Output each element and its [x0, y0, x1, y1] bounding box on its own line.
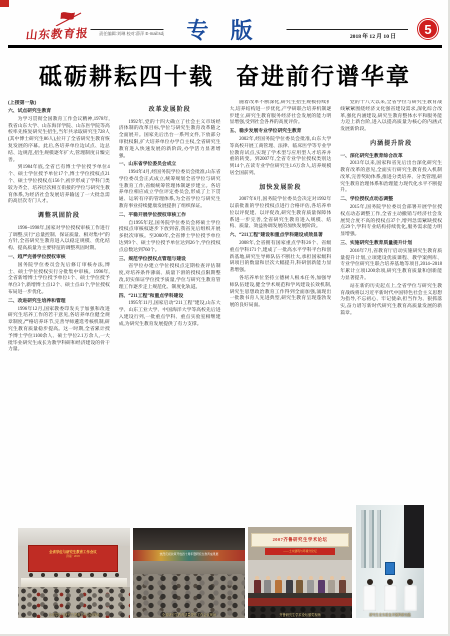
person-figure	[318, 576, 325, 595]
continuation-note: (上接第一版)	[8, 100, 110, 107]
paragraph: 1994年4月,经国务院学位委员会批准,山东省学位委员会正式成立,统筹规划全省学…	[119, 170, 221, 211]
sub-heading: 一、山东省学位委员会成立	[119, 162, 221, 169]
person-figure	[328, 576, 335, 595]
photo1-rostrum-people	[25, 570, 124, 577]
photo3-caption: 齐鲁研究生学术论坛颁奖现场	[249, 612, 351, 617]
sub-heading: 三、实施研究生教育质量提升计划	[340, 241, 442, 248]
photo3-banner-title: 2007齐鲁研究生学术论坛	[252, 534, 348, 545]
paragraph: 随着改革不断深化,研究生招生规模持续扩大,培养结构进一步优化,产学研联合培养机制…	[230, 100, 332, 127]
photo-conference-meeting: 全省学位与研究生教育工作会议 济南 · 2018 全省学位与研究生教育工作会议现…	[18, 528, 130, 618]
paragraph: 为学习贯彻全国教育工作会议精神,1978年,我省山东大学、山东海洋学院、山东医学…	[8, 117, 110, 165]
photo3-banner: 2007齐鲁研究生学术论坛	[251, 533, 349, 547]
person-figure	[286, 576, 293, 595]
scan-corner-mark	[0, 0, 9, 7]
paragraph: 站在新的历史起点上,全省学位与研究生教育战线将以习近平新时代中国特色社会主义思想…	[340, 284, 442, 318]
photo1-banner-line2: 济南 · 2018	[29, 554, 117, 558]
masthead-rule-thick	[8, 45, 442, 48]
headline-part1: 砥砺耕耘四十载	[39, 63, 214, 89]
newspaper-page: 山东教育报 责任编辑:刘琳 校对:薛萍 E-mail:sdjybzkb@126.…	[0, 0, 450, 636]
person-figure	[275, 576, 282, 595]
text-column-4: 党的十八大以来,全省学位与研究生教育战线紧紧围绕经济文化强省建设需求,深化综合改…	[340, 100, 442, 524]
photo3-banner-sub: ——土木建筑与环境分论坛	[265, 548, 336, 555]
paragraph: 1992年,党的十四大确立了社会主义市场经济体制的改革目标,学位与研究生教育改革…	[119, 120, 221, 161]
photo4-researchers	[356, 559, 424, 611]
researcher-figure	[404, 579, 417, 611]
photo1-caption: 全省学位与研究生教育工作会议现场	[19, 612, 129, 617]
paragraph: 到1984年底,全省已有博士学位授予单位4个、硕士学位授予单位17个,博士学位授…	[8, 165, 110, 206]
paragraph: 2002年,经国务院学位委员会批准,山东大学等高校开展工商管理、法律、临床医学等…	[230, 137, 332, 178]
photo-strip: 全省学位与研究生教育工作会议 济南 · 2018 全省学位与研究生教育工作会议现…	[8, 498, 442, 622]
photo1-rostrum-table	[21, 578, 126, 588]
photo-auditorium: 热烈庆祝改革开放四十周年暨研究生教育成果展 全省研究生教育质量提升工作会议现场	[133, 528, 245, 618]
paragraph: 1996~1998年,国家对学位授权审核工作进行了调整,实行“总量控制、保证质量…	[8, 226, 110, 253]
researcher-figure	[363, 579, 376, 611]
article-body: (上接第一版)六、试点研究生教育为学习贯彻全国教育工作会议精神,1978年,我省…	[8, 100, 442, 524]
stage-heading: 加快发展阶段	[230, 184, 332, 193]
stage-heading: 内涵提升阶段	[340, 140, 442, 149]
paragraph: 党的十八大以来,全省学位与研究生教育战线紧紧围绕经济文化强省建设需求,深化综合改…	[340, 100, 442, 134]
sub-heading: 一、趋严完善学位授权审核	[8, 255, 110, 262]
photo2-ceiling	[133, 528, 245, 551]
sub-heading: 三、规范学位授权点管理与建设	[119, 257, 221, 264]
person-figure	[307, 576, 314, 595]
paragraph: 国务院学位委员会先后修订审核办法,博士、硕士学位授权实行分批集中审核。1996年…	[8, 263, 110, 297]
sub-heading: 二、改进研究生培养和管理	[8, 299, 110, 306]
paragraph: 2016年7月,省教育厅启动实施研究生教育质量提升计划,立项建设优质课程、教学案…	[340, 249, 442, 283]
stage-heading: 调整巩固阶段	[8, 212, 110, 221]
page-headline: 砥砺耕耘四十载奋进前行谱华章	[0, 58, 450, 91]
researcher-figure	[384, 579, 397, 611]
text-column-1: (上接第一版)六、试点研究生教育为学习贯彻全国教育工作会议精神,1978年,我省…	[8, 100, 110, 524]
photo1-banner: 全省学位与研究生教育工作会议 济南 · 2018	[28, 545, 118, 572]
person-figure	[254, 576, 261, 595]
paragraph: 省学位办建立学位授权点定期检查评估制度,对培养条件薄弱、质量下滑的授权点限期整改…	[119, 264, 221, 291]
person-figure	[296, 576, 303, 595]
person-figure	[339, 576, 346, 595]
paragraph: 自1995年起,国务院学位委员会将硕士学位授权点审核权逐步下放到省,我省先后组织…	[119, 221, 221, 255]
photo3-awardees	[250, 557, 350, 595]
text-column-2: 改革发展阶段1992年,党的十四大确立了社会主义市场经济体制的改革目标,学位与研…	[119, 100, 221, 524]
paragraph: 各培养单位坚持立德树人根本任务,加强导师队伍建设,健全学术规范和学风建设长效机制…	[230, 276, 332, 310]
paragraph: 2007年6月,国务院学位委员会决定对1992年以前批准的学位授权点进行合格评估…	[230, 197, 332, 231]
person-figure	[264, 576, 271, 595]
headline-part2: 奋进前行谱华章	[236, 63, 411, 89]
masthead: 山东教育报 责任编辑:刘琳 校对:薛萍 E-mail:sdjybzkb@126.…	[8, 10, 442, 48]
page-number-badge: 5	[418, 19, 438, 39]
sub-heading: 六、“211工程”建设和重点学科建设成效显著	[230, 233, 332, 240]
sub-heading: 二、平稳开展学位授权审核工作	[119, 213, 221, 220]
sub-heading: 一、深化研究生教育综合改革	[340, 154, 442, 161]
photo-forum-award: 2007齐鲁研究生学术论坛 ——土木建筑与环境分论坛 齐鲁研究生学术论坛颁奖现场	[248, 527, 352, 618]
photo4-caption: 研究生在实验室开展科研实践	[357, 612, 423, 617]
sub-heading: 四、“211工程”和重点学科建设	[119, 294, 221, 301]
paragraph: 2008年,全省拥有国家重点学科26个、省级重点学科171个,建成了一批高水平学…	[230, 241, 332, 275]
paragraph: 1996年12月,国家教委印发关于加强和改进研究生培养工作的若干意见,各培养单位…	[8, 307, 110, 355]
section-title: 专版	[163, 14, 286, 45]
photo-laboratory: 研究生在实验室开展科研实践	[356, 505, 424, 618]
sub-heading: 五、稳步发展专业学位研究生教育	[230, 129, 332, 136]
photo1-ceiling	[18, 528, 130, 546]
photo3-red-carpet	[248, 598, 352, 606]
stage-heading: 改革发展阶段	[119, 106, 221, 115]
paragraph: 2015年,国务院学位委员会部署开展学位授权点动态调整工作,全省主动撤销与经济社…	[340, 205, 442, 239]
sub-heading: 二、学位授权点动态调整	[340, 197, 442, 204]
photo2-banner-text: 热烈庆祝改革开放四十周年暨研究生教育成果展	[133, 550, 245, 561]
paragraph: 2013年以来,国家和省先后出台深化研究生教育改革的意见,全面实行研究生教育投入…	[340, 161, 442, 195]
text-column-3: 随着改革不断深化,研究生招生规模持续扩大,培养结构进一步优化,产学研联合培养机制…	[230, 100, 332, 524]
sub-heading: 六、试点研究生教育	[8, 109, 110, 116]
photo2-banner: 热烈庆祝改革开放四十周年暨研究生教育成果展	[133, 550, 245, 562]
photo3-banner-sub-text: ——土木建筑与环境分论坛	[265, 548, 336, 555]
paragraph: 1995年11月,国家启动“211工程”建设,山东大学、山东工业大学、中国海洋大…	[119, 301, 221, 328]
photo2-caption: 全省研究生教育质量提升工作会议现场	[134, 612, 244, 617]
date-line: 2018 年 12 月 10 日	[346, 32, 400, 40]
newspaper-brand: 山东教育报	[25, 25, 91, 43]
